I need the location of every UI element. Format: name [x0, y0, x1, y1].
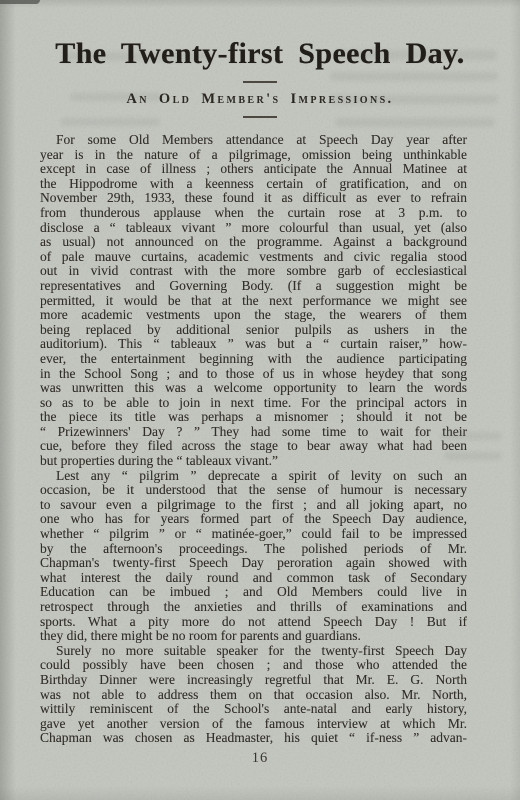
bleedthrough-ghost: [335, 118, 495, 127]
text-line: wittily reminiscent of the School's ante…: [40, 702, 467, 717]
page-footer: 16: [0, 749, 520, 767]
text-line: cue, before they filed across the stage …: [40, 439, 467, 454]
text-line: as usual) not announced on the programme…: [40, 235, 467, 250]
text-line: Education can be imbued ; and Old Member…: [40, 585, 467, 600]
paragraph: Surely no more suitable speaker for the …: [40, 644, 467, 746]
text-line: out in vivid contrast with the more somb…: [40, 264, 467, 279]
text-line: was unwritten this was a welcome opportu…: [40, 381, 467, 396]
text-line: sports. What a pity more do not attend S…: [40, 615, 467, 630]
text-line: what interest the daily round and common…: [40, 571, 467, 586]
text-line: representatives and Governing Body. (If …: [40, 279, 467, 294]
text-line: the Hippodrome with a keenness certain o…: [40, 177, 467, 192]
text-line: but properties during the “ tableaux viv…: [40, 454, 467, 469]
text-line: being replaced by additional senior pulp…: [40, 323, 467, 338]
text-line: could possibly have been chosen ; and th…: [40, 658, 467, 673]
text-line: “ Prizewinners' Day ? ” They had some ti…: [40, 425, 467, 440]
text-line: gave yet another version of the famous i…: [40, 717, 467, 732]
page-header: The Twenty-first Speech Day. An Old Memb…: [0, 0, 520, 118]
text-line: so as to be able to join in next time. F…: [40, 396, 467, 411]
text-line: November 29th, 1933, these found it as d…: [40, 191, 467, 206]
text-line: disclose a “ tableaux vivant ” more colo…: [40, 221, 467, 236]
text-line: of pale mauve curtains, academic vestmen…: [40, 250, 467, 265]
scanned-page: The Twenty-first Speech Day. An Old Memb…: [0, 0, 520, 800]
text-line: retrospect through the anxieties and thr…: [40, 600, 467, 615]
text-line: the piece its title was perhaps a misnom…: [40, 410, 467, 425]
text-line: auditorium). This “ tableaux ” was but a…: [40, 337, 467, 352]
paragraph: For some Old Members attendance at Speec…: [40, 133, 467, 469]
text-line: except in case of illness ; others antic…: [40, 162, 467, 177]
text-line: one who has for years formed part of the…: [40, 512, 467, 527]
text-line: Lest any “ pilgrim ” deprecate a spirit …: [40, 469, 467, 484]
text-line: permitted, it would be that at the next …: [40, 294, 467, 309]
page-subtitle: An Old Member's Impressions.: [0, 91, 520, 107]
article-body: For some Old Members attendance at Speec…: [40, 133, 467, 746]
text-line: in the School Song ; and to those of us …: [40, 367, 467, 382]
page-number: 16: [252, 750, 269, 767]
text-line: to savour even a pilgrimage to the first…: [40, 498, 467, 513]
text-line: by the afternoon's proceedings. The poli…: [40, 542, 467, 557]
text-line: Surely no more suitable speaker for the …: [40, 644, 467, 659]
text-line: Chapman was chosen as Headmaster, his qu…: [40, 731, 467, 746]
text-line: was not able to address them on that occ…: [40, 688, 467, 703]
text-line: ever, the entertainment beginning with t…: [40, 352, 467, 367]
edge-shadow: [510, 0, 520, 800]
text-line: they did, there might be no room for par…: [40, 629, 467, 644]
text-line: Birthday Dinner were increasingly regret…: [40, 673, 467, 688]
text-line: For some Old Members attendance at Speec…: [40, 133, 467, 148]
text-line: from thunderous applause when the curtai…: [40, 206, 467, 221]
divider-rule: [243, 81, 277, 83]
bleedthrough-ghost: [60, 118, 160, 126]
text-line: whether “ pilgrim ” or “ matinée-goer,” …: [40, 527, 467, 542]
page-title: The Twenty-first Speech Day.: [0, 36, 520, 72]
text-line: occasion, be it understood that the sens…: [40, 483, 467, 498]
paragraph: Lest any “ pilgrim ” deprecate a spirit …: [40, 469, 467, 644]
gutter-shadow: [0, 0, 16, 800]
text-line: more academic vestments upon the stage, …: [40, 308, 467, 323]
text-line: Chapman's twenty-first Speech Day perora…: [40, 556, 467, 571]
divider-rule: [243, 116, 277, 118]
text-line: year is in the nature of a pilgrimage, o…: [40, 148, 467, 163]
edge-shadow: [0, 786, 520, 800]
